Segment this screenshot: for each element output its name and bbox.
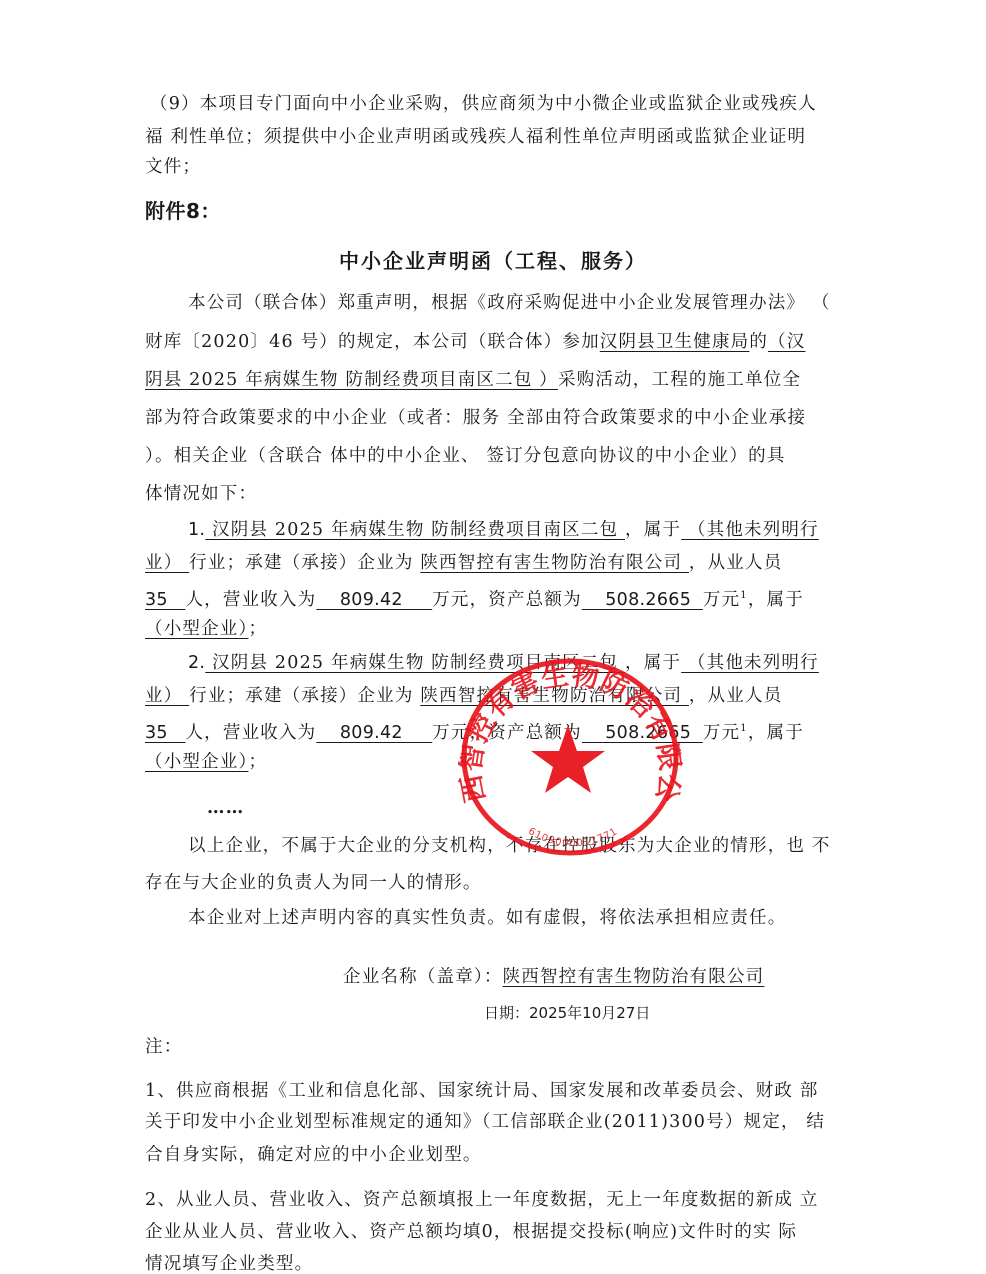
item-index: 1. bbox=[188, 520, 205, 540]
declaration-line-4: 部为符合政策要求的中小企业（或者：服务 全部由符合政策要求的中小企业承接 bbox=[145, 406, 806, 430]
intro-line-1: （9）本项目专门面向中小企业采购，供应商须为中小微企业或监狱企业或残疾人 bbox=[150, 92, 817, 116]
item-1-line-1: 1. 汉阴县 2025 年病媒生物 防制经费项目南区二包 ，属于 （其他未列明行 bbox=[188, 518, 819, 542]
statement-line-3: 本企业对上述声明内容的真实性负责。如有虚假，将依法承担相应责任。 bbox=[188, 906, 786, 930]
item-text: 万元，资产总额为 bbox=[432, 723, 582, 743]
declaration-line-6: 体情况如下： bbox=[145, 482, 257, 506]
statement-line-1: 以上企业，不属于大企业的分支机构，不存在控股股东为大企业的情形，也 不 bbox=[188, 834, 831, 858]
item-1-line-3: 35 人，营业收入为 809.42 万元，资产总额为 508.2665 万元1，… bbox=[145, 584, 804, 612]
note-1-line-1: 1、供应商根据《工业和信息化部、国家统计局、国家发展和改革委员会、财政 部 bbox=[145, 1079, 819, 1103]
item-size: （小型企业） bbox=[145, 752, 248, 772]
item-index: 2. bbox=[188, 653, 205, 673]
item-assets: 508.2665 bbox=[582, 590, 703, 610]
item-assets: 508.2665 bbox=[582, 723, 703, 743]
note-1-line-3: 合自身实际，确定对应的中小企业划型。 bbox=[145, 1143, 482, 1167]
item-1-line-2: 业） 行业；承建（承接）企业为 陕西智控有害生物防治有限公司 ，从业人员 bbox=[145, 551, 782, 575]
note-2-line-2: 企业从业人员、营业收入、资产总额均填0，根据提交投标(响应)文件时的实 际 bbox=[145, 1220, 797, 1244]
declaration-text: 财库〔2020〕46 号）的规定，本公司（联合体）参加 bbox=[145, 332, 600, 352]
item-text: 人，营业收入为 bbox=[185, 723, 316, 743]
notes-label: 注： bbox=[145, 1035, 182, 1059]
attachment-heading: 附件8： bbox=[145, 199, 221, 223]
document-title: 中小企业声明函（工程、服务） bbox=[0, 245, 986, 274]
declaration-line-1: 本公司（联合体）郑重声明，根据《政府采购促进中小企业发展管理办法》 （ bbox=[188, 291, 831, 315]
declaration-text: 采购活动，工程的施工单位全 bbox=[558, 370, 801, 390]
item-revenue: 809.42 bbox=[316, 723, 432, 743]
project-name-start: （汉 bbox=[768, 332, 805, 352]
signature-company: 陕西智控有害生物防治有限公司 bbox=[503, 967, 765, 987]
item-text: 行业；承建（承接）企业为 bbox=[189, 686, 420, 706]
item-revenue: 809.42 bbox=[316, 590, 432, 610]
item-size: （小型企业） bbox=[145, 619, 248, 639]
item-text: ，属于 bbox=[748, 590, 804, 610]
item-industry: （其他未列明行 bbox=[681, 520, 819, 540]
declaration-line-3: 阴县 2025 年病媒生物 防制经费项目南区二包 ）采购活动，工程的施工单位全 bbox=[145, 368, 801, 392]
signature-label: 企业名称（盖章）： bbox=[343, 967, 503, 987]
purchaser-name: 汉阴县卫生健康局 bbox=[600, 332, 750, 352]
item-2-line-1: 2. 汉阴县 2025 年病媒生物 防制经费项目南区二包 ，属于 （其他未列明行 bbox=[188, 651, 819, 675]
footnote-marker: 1 bbox=[740, 590, 748, 601]
item-text: 万元 bbox=[703, 590, 740, 610]
signature-line: 企业名称（盖章）：陕西智控有害生物防治有限公司 bbox=[343, 963, 764, 988]
ellipsis: …… bbox=[207, 796, 244, 820]
item-1-line-4: （小型企业）； bbox=[145, 617, 267, 641]
project-name: 阴县 2025 年病媒生物 防制经费项目南区二包 ） bbox=[145, 370, 558, 390]
item-industry: （其他未列明行 bbox=[681, 653, 819, 673]
item-company: 陕西智控有害生物防治有限公司 bbox=[420, 553, 689, 573]
declaration-line-2: 财库〔2020〕46 号）的规定，本公司（联合体）参加汉阴县卫生健康局的（汉 bbox=[145, 330, 805, 354]
signature-date: 日期：2025年10月27日 bbox=[484, 1002, 650, 1023]
item-text: ，属于 bbox=[625, 653, 681, 673]
item-2-line-2: 业） 行业；承建（承接）企业为 陕西智控有害生物防治有限公司 ，从业人员 bbox=[145, 684, 782, 708]
declaration-line-5: ）。相关企业（含联合 体中的中小企业、 签订分包意向协议的中小企业）的具 bbox=[145, 444, 786, 468]
statement-line-2: 存在与大企业的负责人为同一人的情形。 bbox=[145, 871, 482, 895]
item-project: 汉阴县 2025 年病媒生物 防制经费项目南区二包 bbox=[205, 520, 625, 540]
item-text: ，从业人员 bbox=[689, 553, 783, 573]
item-text: ，属于 bbox=[748, 723, 804, 743]
note-2-line-3: 情况填写企业类型。 bbox=[145, 1252, 313, 1274]
item-2-line-4: （小型企业）； bbox=[145, 750, 267, 774]
item-text: ； bbox=[248, 619, 267, 639]
item-industry: 业） bbox=[145, 553, 189, 573]
item-text: 人，营业收入为 bbox=[185, 590, 316, 610]
note-1-line-2: 关于印发中小企业划型标准规定的通知》（工信部联企业(2011)300号）规定， … bbox=[145, 1110, 825, 1134]
item-employees: 35 bbox=[145, 590, 185, 610]
item-company: 陕西智控有害生物防治有限公司 bbox=[420, 686, 689, 706]
footnote-marker: 1 bbox=[740, 723, 748, 734]
intro-line-3: 文件； bbox=[145, 155, 201, 179]
item-text: ，从业人员 bbox=[689, 686, 783, 706]
note-2-line-1: 2、从业人员、营业收入、资产总额填报上一年度数据，无上一年度数据的新成 立 bbox=[145, 1188, 819, 1212]
item-text: ，属于 bbox=[625, 520, 681, 540]
item-text: 万元 bbox=[703, 723, 740, 743]
intro-line-2: 福 利性单位；须提供中小企业声明函或残疾人福利性单位声明函或监狱企业证明 bbox=[145, 125, 806, 149]
item-employees: 35 bbox=[145, 723, 185, 743]
item-text: ； bbox=[248, 752, 267, 772]
item-text: 万元，资产总额为 bbox=[432, 590, 582, 610]
item-project: 汉阴县 2025 年病媒生物 防制经费项目南区二包 bbox=[205, 653, 625, 673]
declaration-text: 的 bbox=[749, 332, 768, 352]
item-industry: 业） bbox=[145, 686, 189, 706]
item-text: 行业；承建（承接）企业为 bbox=[189, 553, 420, 573]
item-2-line-3: 35 人，营业收入为 809.42 万元，资产总额为 508.2665 万元1，… bbox=[145, 717, 804, 745]
